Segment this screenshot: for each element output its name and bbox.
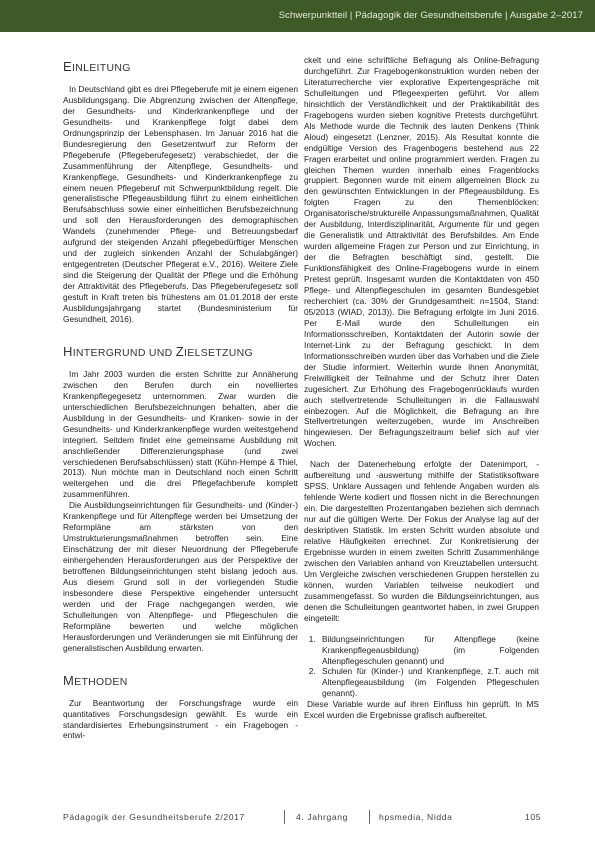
methoden-paragraph-analysis: Nach der Datenerhebung erfolgte der Date… <box>304 459 539 623</box>
running-title: Schwerpunktteil | Pädagogik der Gesundhe… <box>279 10 583 21</box>
footer-journal: Pädagogik der Gesundheitsberufe 2/2017 <box>63 812 245 822</box>
hintergrund-paragraph-2: Die Ausbildungseinrichtungen für Gesundh… <box>63 500 298 653</box>
heading-hintergrund: HINTERGRUND UND ZIELSETZUNG <box>63 347 298 359</box>
list-item: Bildungseinrichtungen für Altenpflege (k… <box>318 634 539 667</box>
methoden-closing: Diese Variable wurde auf ihren Einfluss … <box>304 699 539 721</box>
school-groups-list: Bildungseinrichtungen für Altenpflege (k… <box>304 634 539 700</box>
footer-volume: 4. Jahrgang <box>296 812 348 822</box>
methoden-paragraph-left: Zur Beantwortung der Forschungsfrage wur… <box>63 698 298 742</box>
left-column: EINLEITUNG In Deutschland gibt es drei P… <box>63 50 298 741</box>
heading-methoden: METHODEN <box>63 676 298 688</box>
heading-einleitung: EINLEITUNG <box>63 62 298 74</box>
hintergrund-paragraph-1: Im Jahr 2003 wurden die ersten Schritte … <box>63 369 298 500</box>
list-item: Schulen für (Kinder-) und Krankenpflege,… <box>318 666 539 699</box>
footer-divider <box>284 810 285 824</box>
footer-divider <box>369 810 370 824</box>
page-footer: Pädagogik der Gesundheitsberufe 2/2017 4… <box>63 812 543 826</box>
header-bar: Schwerpunktteil | Pädagogik der Gesundhe… <box>0 0 595 32</box>
methoden-paragraph-continued: ckelt und eine schriftliche Befragung al… <box>304 55 539 449</box>
page-number: 105 <box>525 812 541 822</box>
footer-publisher: hpsmedia, Nidda <box>379 812 453 822</box>
einleitung-paragraph: In Deutschland gibt es drei Pflegeberufe… <box>63 84 298 325</box>
right-column: ckelt und eine schriftliche Befragung al… <box>304 55 539 721</box>
